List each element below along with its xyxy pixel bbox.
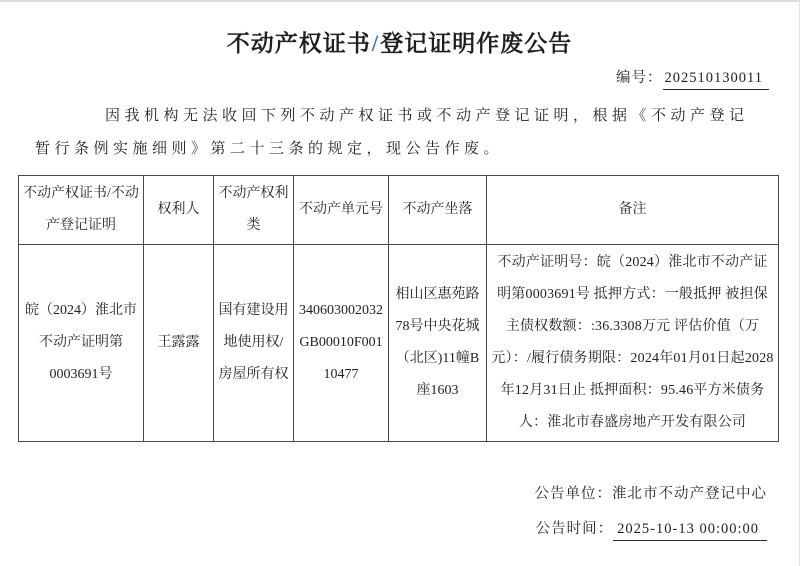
announce-time-label: 公告时间：: [536, 521, 614, 537]
header-cell-remarks: 备注: [487, 176, 779, 245]
header-cell-right-type: 不动产权利类: [214, 176, 294, 245]
notice-title-slash: /: [371, 31, 380, 56]
cell-location: 相山区惠苑路78号中央花城（北区)11幢B座1603: [389, 245, 487, 442]
notice-title-part2: 登记证明作废公告: [380, 31, 572, 56]
table-row: 皖（2024）淮北市不动产证明第0003691号 王露露 国有建设用地使用权/房…: [19, 245, 779, 442]
intro-line-1: 因我机构无法收回下列不动产权证书或不动产登记证明，根据《不动产登记: [35, 100, 774, 133]
notice-page: 不动产权证书/登记证明作废公告 编号：202510130011 因我机构无法收回…: [0, 0, 800, 566]
announce-time-row: 公告时间：2025-10-13 00:00:00: [0, 519, 767, 541]
cell-unit-number: 340603002032GB00010F00110477: [294, 245, 389, 442]
cell-holder: 王露露: [144, 245, 214, 442]
notice-title: 不动产权证书/登记证明作废公告: [0, 30, 799, 58]
announce-time-value: 2025-10-13 00:00:00: [613, 519, 767, 541]
header-cell-holder: 权利人: [144, 176, 214, 245]
announcer-row: 公告单位：淮北市不动产登记中心: [0, 484, 767, 504]
header-cell-location: 不动产坐落: [389, 176, 487, 245]
serial-label: 编号：: [616, 70, 663, 86]
notice-title-part1: 不动产权证书: [227, 31, 371, 56]
notice-footer: 公告单位：淮北市不动产登记中心 公告时间：2025-10-13 00:00:00: [0, 484, 799, 541]
serial-row: 编号：202510130011: [0, 68, 799, 90]
cell-right-type: 国有建设用地使用权/房屋所有权: [214, 245, 294, 442]
notice-table: 不动产权证书/不动产登记证明 权利人 不动产权利类 不动产单元号 不动产坐落 备…: [18, 175, 779, 442]
cell-certificate: 皖（2024）淮北市不动产证明第0003691号: [19, 245, 144, 442]
table-header-row: 不动产权证书/不动产登记证明 权利人 不动产权利类 不动产单元号 不动产坐落 备…: [19, 176, 779, 245]
announcer-label: 公告单位：: [535, 486, 613, 502]
intro-paragraph: 因我机构无法收回下列不动产权证书或不动产登记证明，根据《不动产登记 暂行条例实施…: [35, 100, 774, 166]
intro-line-2: 暂行条例实施细则》第二十三条的规定，现公告作废。: [35, 133, 774, 166]
serial-value: 202510130011: [663, 68, 769, 90]
header-cell-certificate: 不动产权证书/不动产登记证明: [19, 176, 144, 245]
header-cell-unit-number: 不动产单元号: [294, 176, 389, 245]
cell-remarks: 不动产证明号：皖（2024）淮北市不动产证明第0003691号 抵押方式：一般抵…: [487, 245, 779, 442]
announcer-value: 淮北市不动产登记中心: [612, 486, 767, 502]
